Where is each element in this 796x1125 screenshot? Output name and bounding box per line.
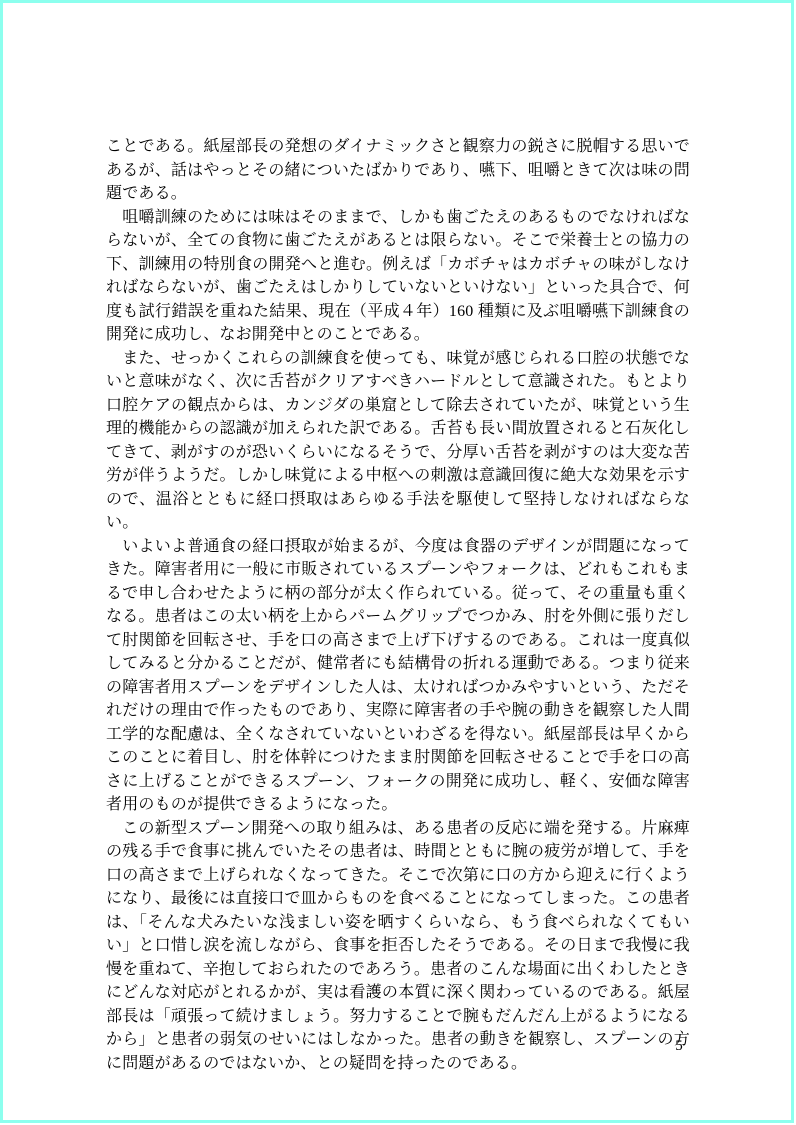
document-body: ことである。紙屋部長の発想のダイナミックさと観察力の鋭さに脱帽する思いであるが、… (106, 135, 690, 1075)
document-page: ことである。紙屋部長の発想のダイナミックさと観察力の鋭さに脱帽する思いであるが、… (0, 0, 796, 1125)
paragraph-spoon-design: いよいよ普通食の経口摂取が始まるが、今度は食器のデザインが問題になってきた。障害… (106, 535, 690, 817)
page-number: 5 (659, 1036, 699, 1056)
paragraph-patient-episode: この新型スプーン開発への取り組みは、ある患者の反応に端を発する。片麻痺の残る手で… (106, 817, 690, 1076)
paragraph-chewing-training: 咀嚼訓練のためには味はそのままで、しかも歯ごたえのあるものでなければならないが、… (106, 206, 690, 347)
paragraph-tongue-coating: また、せっかくこれらの訓練食を使っても、味覚が感じられる口腔の状態でないと意味が… (106, 347, 690, 535)
paragraph-continuation: ことである。紙屋部長の発想のダイナミックさと観察力の鋭さに脱帽する思いであるが、… (106, 135, 690, 206)
